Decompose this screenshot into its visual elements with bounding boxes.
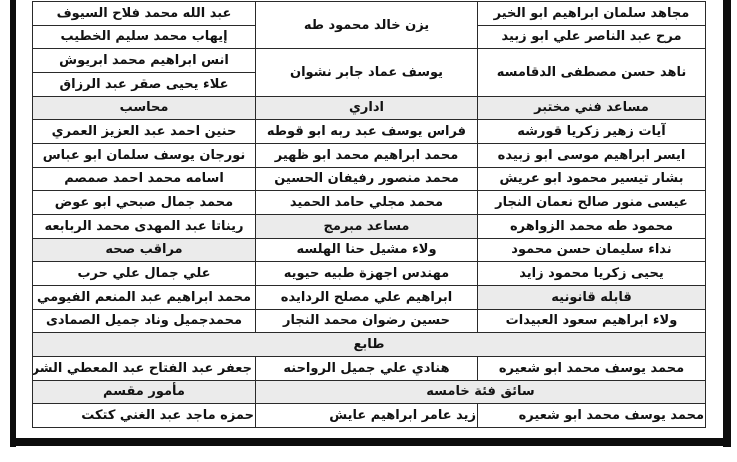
name-cell: يحيى زكريا محمود زايد xyxy=(478,262,706,286)
table-row: مساعد فني مختبراداريمحاسب xyxy=(33,96,706,120)
job-title-cell: مهندس اجهزة طبيه حيويه xyxy=(256,262,478,286)
table-row: نداء سليمان حسن محمودولاء مشيل حنا الهلس… xyxy=(33,238,706,262)
name-cell: زيد عامر ابراهيم عايش xyxy=(256,404,478,428)
name-cell: مرح عبد الناصر علي ابو زبيد xyxy=(478,25,706,49)
table-row: سائق فئة خامسهمأمور مقسم xyxy=(33,380,706,404)
table-row: آيات زهير زكريا قورشهفراس يوسف عبد ربه ا… xyxy=(33,120,706,144)
name-cell: فراس يوسف عبد ربه ابو قوطه xyxy=(256,120,478,144)
name-cell: محمد جمال صبحي ابو عوض xyxy=(33,191,256,215)
name-cell: عيسى منور صالح نعمان النجار xyxy=(478,191,706,215)
job-title-cell: مساعد فني مختبر xyxy=(478,96,706,120)
name-cell: محمد يوسف محمد ابو شعيره xyxy=(478,404,706,428)
name-cell: يوسف عماد جابر نشوان xyxy=(256,49,478,96)
table-row: ناهد حسن مصطفى الدقامسهيوسف عماد جابر نش… xyxy=(33,49,706,73)
name-cell: إيهاب محمد سليم الخطيب xyxy=(33,25,256,49)
name-cell: حنين احمد عبد العزيز العمري xyxy=(33,120,256,144)
job-title-cell: مأمور مقسم xyxy=(33,380,256,404)
name-cell: محمد ابراهيم عبد المنعم الفيومي xyxy=(33,285,256,309)
name-cell: هنادي علي جميل الرواحنه xyxy=(256,356,478,380)
job-title-cell: مراقب صحه xyxy=(33,238,256,262)
names-table: مجاهد سلمان ابراهيم ابو الخيريزن خالد مح… xyxy=(32,1,706,428)
name-cell: علاء يحيى صقر عبد الرزاق xyxy=(33,72,256,96)
name-cell: ايسر ابراهيم موسى ابو زبيده xyxy=(478,143,706,167)
name-cell: علي جمال علي حرب xyxy=(33,262,256,286)
job-title-cell: مساعد مبرمج xyxy=(256,214,478,238)
name-cell: ولاء مشيل حنا الهلسه xyxy=(256,238,478,262)
table-row: ولاء ابراهيم سعود العبيداتحسين رضوان محم… xyxy=(33,309,706,333)
table-row: محمد يوسف محمد ابو شعيرههنادي علي جميل ا… xyxy=(33,356,706,380)
table-row: طابع xyxy=(33,333,706,357)
table-row: بشار تيسير محمود ابو عريشمحمد منصور رفيف… xyxy=(33,167,706,191)
name-cell: يزن خالد محمود طه xyxy=(256,2,478,49)
job-title-cell: قابله قانونيه xyxy=(478,285,706,309)
name-cell: جعفر عبد الفتاح عبد المعطي الشرايعه xyxy=(33,356,256,380)
name-cell: محمود طه محمد الزواهره xyxy=(478,214,706,238)
table-row: محمد يوسف محمد ابو شعيرهزيد عامر ابراهيم… xyxy=(33,404,706,428)
frame-border-left xyxy=(10,0,16,447)
name-cell: محمدجميل وناد جميل الصمادى xyxy=(33,309,256,333)
table-row: عيسى منور صالح نعمان النجارمحمد مجلي حام… xyxy=(33,191,706,215)
names-table-body: مجاهد سلمان ابراهيم ابو الخيريزن خالد مح… xyxy=(33,2,706,428)
frame-border-bottom xyxy=(10,438,731,446)
name-cell: انس ابراهيم محمد ابريوش xyxy=(33,49,256,73)
name-cell: نورجان يوسف سلمان ابو عباس xyxy=(33,143,256,167)
name-cell: ناهد حسن مصطفى الدقامسه xyxy=(478,49,706,96)
table-row: يحيى زكريا محمود زايدمهندس اجهزة طبيه حي… xyxy=(33,262,706,286)
table-row: ايسر ابراهيم موسى ابو زبيدهمحمد ابراهيم … xyxy=(33,143,706,167)
name-cell: ريناتا عبد المهدى محمد الربابعه xyxy=(33,214,256,238)
job-title-cell: طابع xyxy=(33,333,706,357)
name-cell: اسامه محمد احمد صمصم xyxy=(33,167,256,191)
name-cell: بشار تيسير محمود ابو عريش xyxy=(478,167,706,191)
job-title-cell: محاسب xyxy=(33,96,256,120)
name-cell: حمزه ماجد عبد الغني كتكت xyxy=(33,404,256,428)
name-cell: ولاء ابراهيم سعود العبيدات xyxy=(478,309,706,333)
name-cell: محمد يوسف محمد ابو شعيره xyxy=(478,356,706,380)
frame-border-right xyxy=(723,0,731,447)
table-row: محمود طه محمد الزواهرهمساعد مبرمجريناتا … xyxy=(33,214,706,238)
name-cell: ابراهيم علي مصلح الردايده xyxy=(256,285,478,309)
name-cell: آيات زهير زكريا قورشه xyxy=(478,120,706,144)
name-cell: عبد الله محمد فلاح السيوف xyxy=(33,2,256,26)
table-row: مجاهد سلمان ابراهيم ابو الخيريزن خالد مح… xyxy=(33,2,706,26)
name-cell: حسين رضوان محمد النجار xyxy=(256,309,478,333)
job-title-cell: اداري xyxy=(256,96,478,120)
name-cell: نداء سليمان حسن محمود xyxy=(478,238,706,262)
job-title-cell: سائق فئة خامسه xyxy=(256,380,706,404)
name-cell: محمد مجلي حامد الحميد xyxy=(256,191,478,215)
name-cell: محمد منصور رفيفان الحسين xyxy=(256,167,478,191)
table-row: قابله قانونيهابراهيم علي مصلح الردايدهمح… xyxy=(33,285,706,309)
name-cell: مجاهد سلمان ابراهيم ابو الخير xyxy=(478,2,706,26)
name-cell: محمد ابراهيم محمد ابو ظهير xyxy=(256,143,478,167)
